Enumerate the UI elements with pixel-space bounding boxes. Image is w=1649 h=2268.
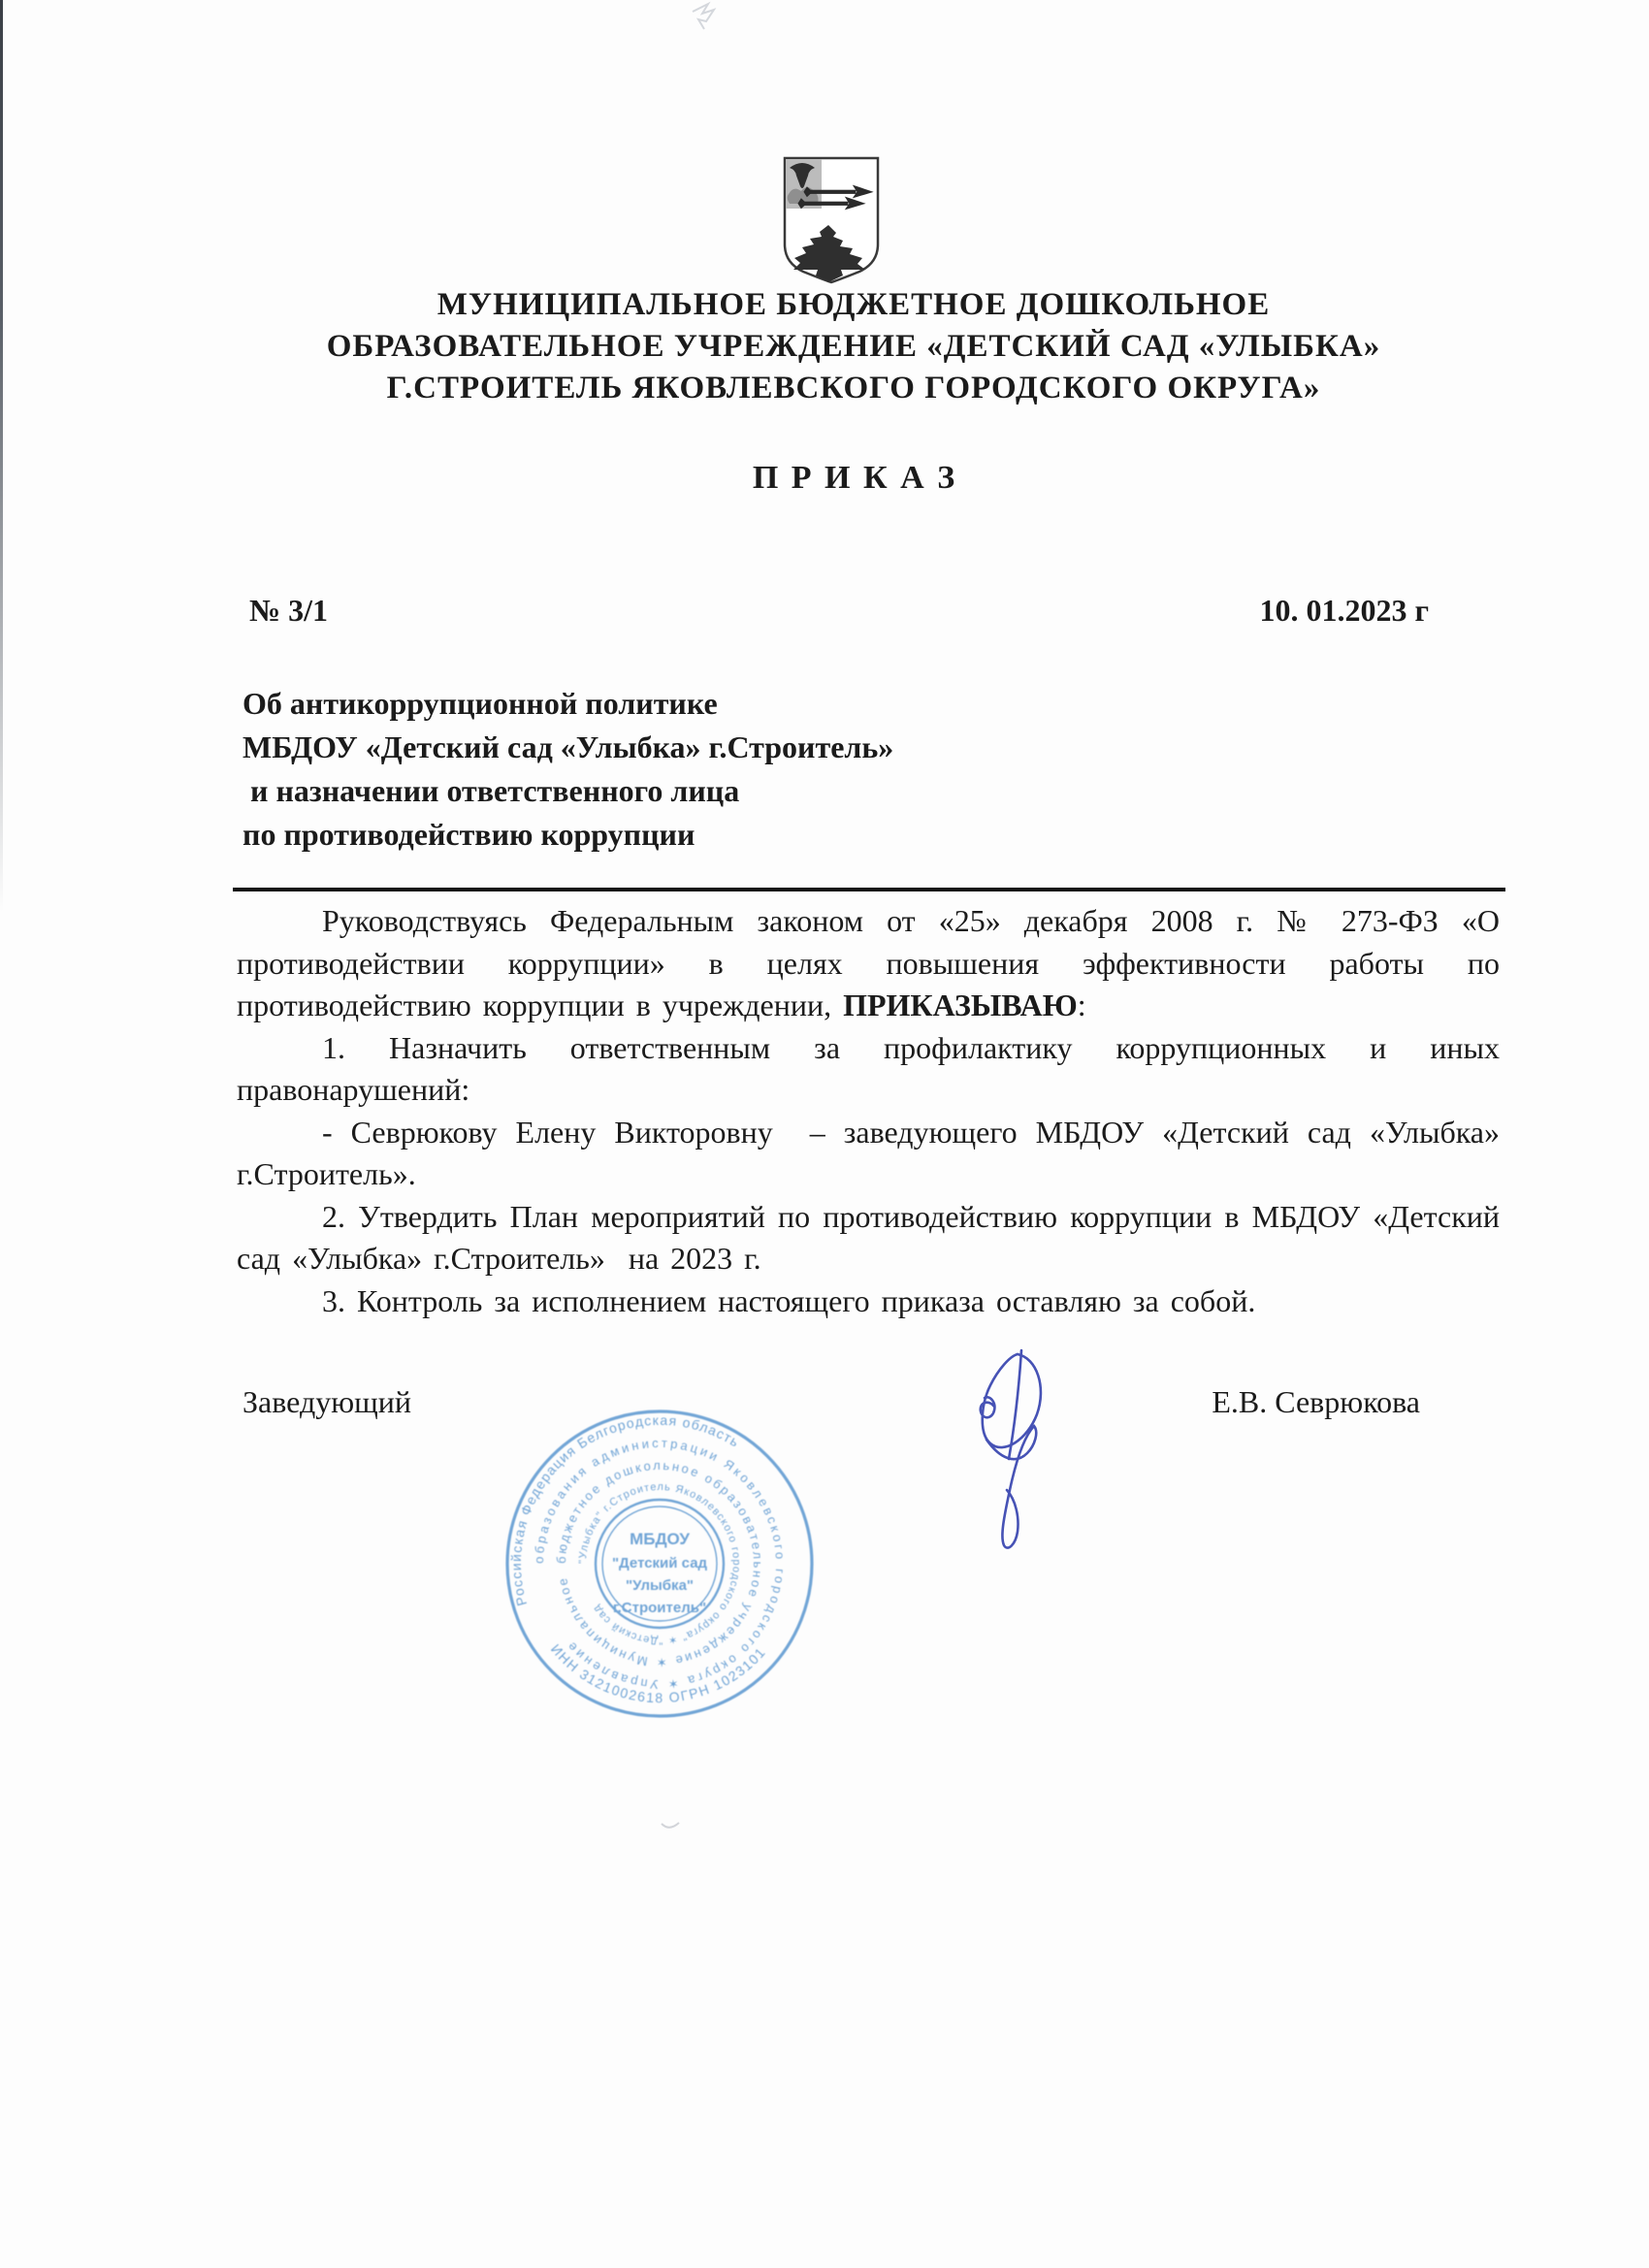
scan-smudge-artifact — [679, 0, 737, 39]
organization-title: МУНИЦИПАЛЬНОЕ БЮДЖЕТНОЕ ДОШКОЛЬНОЕ ОБРАЗ… — [233, 284, 1474, 409]
org-title-line-1: МУНИЦИПАЛЬНОЕ БЮДЖЕТНОЕ ДОШКОЛЬНОЕ — [233, 284, 1474, 326]
order-number: № 3/1 — [249, 593, 328, 629]
paragraph-item-1: 1. Назначить ответственным за профилакти… — [237, 1027, 1500, 1112]
org-title-line-3: Г.СТРОИТЕЛЬ ЯКОВЛЕВСКОГО ГОРОДСКОГО ОКРУ… — [233, 368, 1474, 409]
order-date: 10. 01.2023 г — [1259, 593, 1429, 629]
order-subject: Об антикоррупционной политике МБДОУ «Дет… — [242, 682, 1212, 857]
stamp-center-line-2: "Детский сад — [612, 1555, 708, 1571]
signature-row: Заведующий Е.В. Севрюкова — [242, 1381, 1420, 1423]
stamp-center-line-3: "Улыбка" — [626, 1577, 694, 1594]
document-type-heading: П Р И К А З — [233, 460, 1474, 497]
paragraph-item-1a: - Севрюкову Елену Викторовну – заведующе… — [237, 1112, 1500, 1196]
scan-edge-artifact — [0, 0, 3, 912]
official-round-stamp: Российская Федерация Белгородская област… — [497, 1401, 823, 1727]
signer-name: Е.В. Севрюкова — [1212, 1381, 1420, 1423]
subject-line-2: МБДОУ «Детский сад «Улыбка» г.Строитель» — [242, 726, 1212, 769]
horizontal-rule — [233, 888, 1505, 891]
org-title-line-2: ОБРАЗОВАТЕЛЬНОЕ УЧРЕЖДЕНИЕ «ДЕТСКИЙ САД … — [233, 326, 1474, 368]
subject-line-1: Об антикоррупционной политике — [242, 682, 1212, 726]
stamp-center-line-1: МБДОУ — [630, 1530, 690, 1548]
subject-line-4: по противодействию коррупции — [242, 813, 1212, 857]
subject-line-3: и назначении ответственного лица — [242, 769, 1212, 813]
number-date-row: № 3/1 10. 01.2023 г — [249, 593, 1429, 629]
prikazyvayu-keyword: ПРИКАЗЫВАЮ — [843, 988, 1078, 1022]
signer-position-label: Заведующий — [242, 1381, 411, 1423]
scanned-order-document: { "document": { "emblem_name": "yakovlev… — [0, 0, 1649, 2268]
handwritten-signature — [955, 1345, 1067, 1577]
paragraph-item-2: 2. Утвердить План мероприятий по противо… — [237, 1196, 1500, 1280]
paragraph-preamble: Руководствуясь Федеральным законом от «2… — [237, 900, 1500, 1027]
coat-of-arms-icon — [782, 155, 881, 285]
preamble-tail: : — [1078, 988, 1086, 1022]
order-body: Руководствуясь Федеральным законом от «2… — [237, 900, 1500, 1322]
paragraph-item-3: 3. Контроль за исполнением настоящего пр… — [237, 1280, 1500, 1323]
stamp-center-line-4: г.Строитель" — [613, 1600, 706, 1616]
scan-dot-artifact — [656, 1816, 685, 1835]
